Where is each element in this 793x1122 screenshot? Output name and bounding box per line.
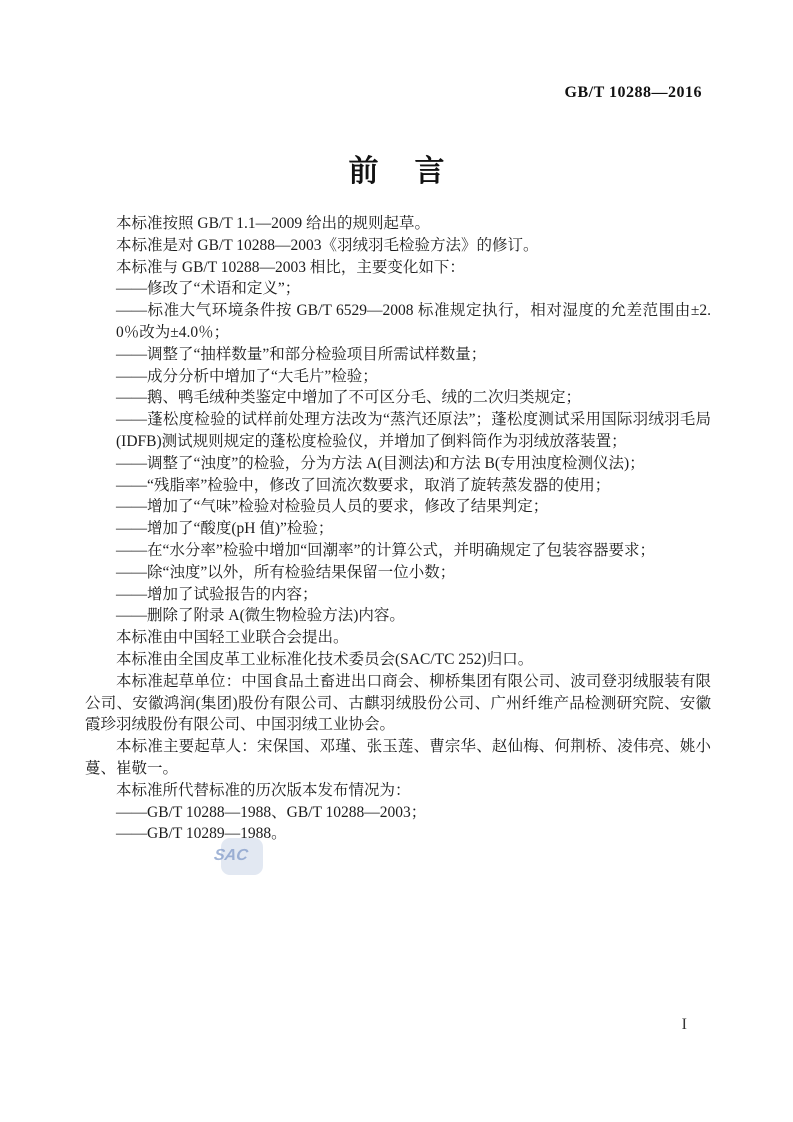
- foreword-paragraph: 本标准是对 GB/T 10288—2003《羽绒羽毛检验方法》的修订。: [85, 235, 711, 257]
- foreword-paragraph: ——在“水分率”检验中增加“回潮率”的计算公式，并明确规定了包装容器要求；: [85, 540, 711, 562]
- sac-watermark: SAC: [221, 838, 263, 875]
- foreword-paragraph: 本标准与 GB/T 10288—2003 相比，主要变化如下：: [85, 257, 711, 279]
- foreword-paragraph: ——成分分析中增加了“大毛片”检验；: [85, 366, 711, 388]
- foreword-paragraph: ——增加了试验报告的内容；: [85, 584, 711, 606]
- foreword-paragraph: ——鹅、鸭毛绒种类鉴定中增加了不可区分毛、绒的二次归类规定；: [85, 387, 711, 409]
- foreword-body: 本标准按照 GB/T 1.1—2009 给出的规则起草。本标准是对 GB/T 1…: [85, 213, 711, 845]
- foreword-paragraph: ——除“浊度”以外，所有检验结果保留一位小数；: [85, 562, 711, 584]
- foreword-paragraph: ——增加了“酸度(pH 值)”检验；: [85, 518, 711, 540]
- foreword-paragraph: ——GB/T 10288—1988、GB/T 10288—2003；: [85, 802, 711, 824]
- foreword-paragraph: ——删除了附录 A(微生物检验方法)内容。: [85, 605, 711, 627]
- foreword-paragraph: 本标准起草单位：中国食品土畜进出口商会、柳桥集团有限公司、波司登羽绒服装有限公司…: [85, 671, 711, 736]
- sac-logo-icon: SAC: [213, 847, 249, 865]
- standard-number: GB/T 10288—2016: [565, 84, 702, 102]
- foreword-paragraph: ——调整了“抽样数量”和部分检验项目所需试样数量；: [85, 344, 711, 366]
- document-page: GB/T 10288—2016 前言 本标准按照 GB/T 1.1—2009 给…: [0, 0, 793, 1122]
- foreword-paragraph: ——修改了“术语和定义”；: [85, 278, 711, 300]
- foreword-paragraph: 本标准主要起草人：宋保国、邓瑾、张玉莲、曹宗华、赵仙梅、何荆桥、凌伟亮、姚小蔓、…: [85, 736, 711, 780]
- foreword-paragraph: 本标准由全国皮革工业标准化技术委员会(SAC/TC 252)归口。: [85, 649, 711, 671]
- foreword-paragraph: 本标准所代替标准的历次版本发布情况为：: [85, 780, 711, 802]
- foreword-paragraph: ——“残脂率”检验中，修改了回流次数要求，取消了旋转蒸发器的使用；: [85, 475, 711, 497]
- foreword-paragraph: ——GB/T 10289—1988。: [85, 823, 711, 845]
- foreword-paragraph: ——增加了“气味”检验对检验员人员的要求，修改了结果判定；: [85, 496, 711, 518]
- foreword-paragraph: ——标准大气环境条件按 GB/T 6529—2008 标准规定执行，相对湿度的允…: [85, 300, 711, 344]
- foreword-paragraph: ——调整了“浊度”的检验，分为方法 A(目测法)和方法 B(专用浊度检测仪法)；: [85, 453, 711, 475]
- page-number: I: [682, 1016, 687, 1034]
- foreword-paragraph: ——蓬松度检验的试样前处理方法改为“蒸汽还原法”；蓬松度测试采用国际羽绒羽毛局(…: [85, 409, 711, 453]
- foreword-paragraph: 本标准由中国轻工业联合会提出。: [85, 627, 711, 649]
- page-title: 前言: [0, 146, 793, 190]
- foreword-paragraph: 本标准按照 GB/T 1.1—2009 给出的规则起草。: [85, 213, 711, 235]
